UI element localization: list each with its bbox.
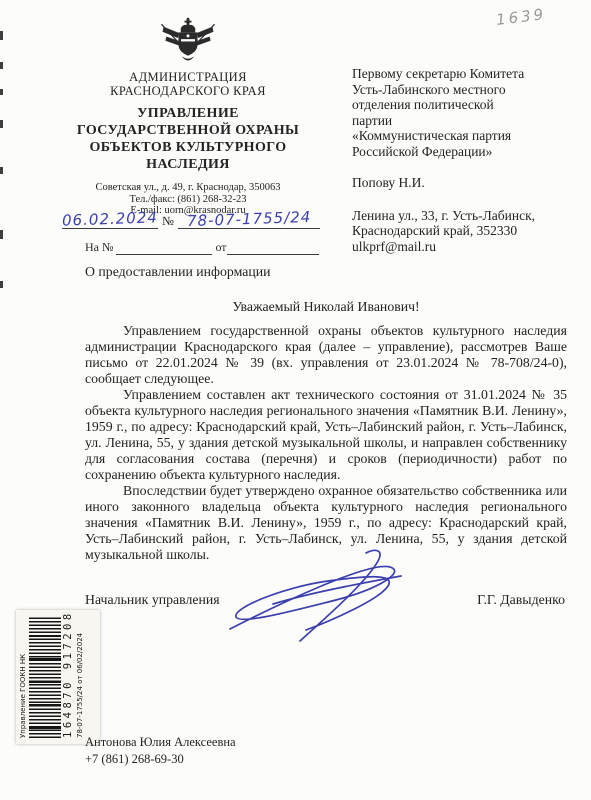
scan-artifact — [0, 31, 3, 40]
body-paragraph: Управлением составлен акт технического с… — [85, 387, 567, 483]
org-name-line: ГОСУДАРСТВЕННОЙ ОХРАНЫ — [60, 122, 316, 139]
barcode — [29, 616, 61, 738]
recipient-address-line: ulkprf@mail.ru — [352, 239, 537, 255]
greeting: Уважаемый Николай Иванович! — [85, 299, 567, 315]
doc-number-handwritten: 78-07-1755/24 — [186, 208, 311, 230]
reply-date-blank — [227, 241, 319, 255]
scan-artifact — [0, 281, 3, 288]
signature-scrawl — [218, 546, 408, 648]
letterhead: АДМИНИСТРАЦИЯ КРАСНОДАРСКОГО КРАЯ УПРАВЛ… — [60, 16, 316, 217]
ot-label: от — [215, 240, 226, 254]
recipient-position-line: Российской Федерации» — [352, 144, 537, 160]
parent-org-name: АДМИНИСТРАЦИЯ КРАСНОДАРСКОГО КРАЯ — [60, 70, 316, 98]
scan-artifact — [0, 120, 3, 128]
barcode-sticker-inner: Управление ГООКН НК 164870 917208 78-07-… — [16, 610, 100, 744]
org-address: Советская ул., д. 49, г. Краснодар, 3500… — [60, 182, 316, 194]
doc-date-handwritten: 06.02.2024 — [62, 208, 158, 229]
doc-number-field: 78-07-1755/24 — [178, 210, 320, 229]
org-name-line: УПРАВЛЕНИЕ — [60, 105, 316, 122]
recipient-address-line: Краснодарский край, 352330 — [352, 223, 537, 239]
recipient-position-line: Первому секретарю Комитета — [352, 66, 537, 82]
subject-line: О предоставлении информации — [85, 264, 271, 280]
signature-position: Начальник управления — [85, 592, 220, 608]
executor-name: Антонова Юлия Алексеевна — [85, 734, 236, 751]
scan-artifact — [0, 89, 3, 95]
barcode-sticker: Управление ГООКН НК 164870 917208 78-07-… — [16, 610, 100, 744]
barcode-doc-ref: 78-07-1755/24 от 06/02/2024 — [76, 616, 85, 738]
recipient-block: Первому секретарю Комитета Усть-Лабинско… — [352, 66, 537, 254]
letter-body: Управлением государственной охраны объек… — [85, 323, 567, 563]
body-paragraph: Управлением государственной охраны объек… — [85, 323, 567, 387]
parent-org-line: АДМИНИСТРАЦИЯ — [60, 70, 316, 84]
barcode-number: 164870 917208 — [62, 616, 74, 738]
barcode-org-label: Управление ГООКН НК — [19, 616, 27, 738]
org-name: УПРАВЛЕНИЕ ГОСУДАРСТВЕННОЙ ОХРАНЫ ОБЪЕКТ… — [60, 105, 316, 173]
scan-artifact — [0, 167, 3, 174]
scanned-letter-page: 1639 — [0, 0, 591, 800]
recipient-address: Ленина ул., 33, г. Усть-Лабинск, Краснод… — [352, 208, 537, 255]
parent-org-line: КРАСНОДАРСКОГО КРАЯ — [60, 84, 316, 98]
reply-number-blank — [116, 241, 212, 255]
scan-artifact — [0, 62, 3, 69]
org-name-line: НАСЛЕДИЯ — [60, 156, 316, 173]
signatory-name: Г.Г. Давыденко — [477, 592, 565, 608]
coat-of-arms-icon — [160, 16, 216, 66]
org-phone: Тел./факс: (861) 268-32-23 — [60, 194, 316, 206]
doc-date-field: 06.02.2024 — [62, 210, 158, 229]
pencil-note: 1639 — [495, 5, 547, 29]
scan-artifact — [0, 230, 3, 239]
na-label: На № — [85, 240, 113, 254]
doc-reference-row: 06.02.2024№78-07-1755/24 — [62, 210, 322, 229]
recipient-position-line: Усть-Лабинского местного — [352, 82, 537, 98]
executor-block: Антонова Юлия Алексеевна +7 (861) 268-69… — [85, 734, 236, 768]
recipient-address-line: Ленина ул., 33, г. Усть-Лабинск, — [352, 208, 537, 224]
executor-phone: +7 (861) 268-69-30 — [85, 751, 236, 768]
number-label: № — [162, 214, 174, 228]
recipient-position-line: отделения политической партии — [352, 97, 537, 128]
recipient-position-line: «Коммунистическая партия — [352, 128, 537, 144]
reply-reference-row: На № от — [85, 240, 319, 255]
recipient-name: Попову Н.И. — [352, 175, 537, 191]
org-name-line: ОБЪЕКТОВ КУЛЬТУРНОГО — [60, 139, 316, 156]
